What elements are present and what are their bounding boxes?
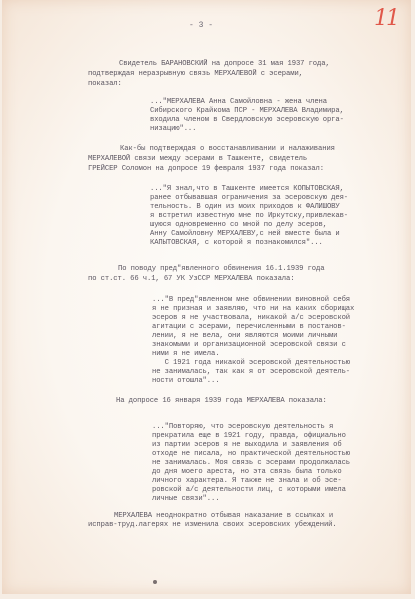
quote-line: КАПЫТОВСКАЯ, с которой я познакомился"..… [150,239,323,248]
text-line: ГРЕЙСЕР Соломон на допросе 19 февраля 19… [88,165,324,174]
quote-line: агитации с эсерами, перечисленными в пос… [152,323,346,332]
quote-line: Сибирского Крайкома ПСР - МЕРХАЛЕВА Влад… [150,107,344,116]
text-line: МЕРХАЛЕВОЙ связи между эсерами в Ташкент… [88,155,307,164]
quote-line: прекратила еще в 1921 году, правда, офиц… [152,432,346,441]
quote-line: низацию"... [150,125,196,134]
quote-line: лении, я не вела, они являются моими лич… [152,332,337,341]
text-line: Как-бы подтверждая о восстанавливании и … [120,145,335,154]
text-line: показал: [88,80,122,89]
quote-line: Анну Самойловну МЕРХАЛЕВУ,с ней вместе б… [150,230,340,239]
quote-line: ..."Повторяю, что эсеровскую деятельност… [152,423,333,432]
quote-line: до дня моего ареста, но эта связь была т… [152,468,342,477]
quote-line: входила членом в Свердловскую эсеровскую… [150,116,344,125]
text-line: МЕРХАЛЕВА неоднократно отбывая наказание… [114,512,333,521]
quote-line: ровской а/с деятельности лиц, с которыми… [152,486,346,495]
quote-line: отходе не писала, но практической деятел… [152,450,350,459]
quote-line: не занималась. Моя связь с эсерами продо… [152,459,350,468]
ink-spot [153,580,157,584]
quote-line: ности отошла"... [152,377,219,386]
quote-line: шуюся одновременно со мной по делу эсеро… [150,221,327,230]
quote-line: С 1921 года никакой эсеровской деятельно… [152,359,350,368]
quote-line: ними я не имела. [152,350,219,359]
text-line: На допросе 16 января 1939 года МЕРХАЛЕВА… [116,397,327,406]
quote-line: из партии эсеров я не выходила и заявлен… [152,441,342,450]
quote-line: тельность. В один из моих приходов к ФАЛ… [150,203,340,212]
quote-line: я встретил известную мне по Иркутску,при… [150,212,348,221]
quote-line: эсеров я не участвовала, никакой а/с эсе… [152,314,350,323]
text-line: По поводу пред"явленного обвинения 16.1.… [118,265,324,274]
handwritten-page-mark: 11 [374,14,398,23]
quote-line: ..."МЕРХАЛЕВА Анна Самойловна - жена чле… [150,98,327,107]
text-line: по ст.ст. 66 ч.1, 67 УК УзССР МЕРХАЛЕВА … [88,275,294,284]
quote-line: ..."Я знал,что в Ташкенте имеется КОПЫТО… [150,185,344,194]
text-line: Свидетель БАРАНОВСКИЙ на допросе 31 мая … [119,60,330,69]
text-line: исправ-труд.лагерях не изменила своих эс… [88,521,337,530]
document-page: - 3 - 11 Свидетель БАРАНОВСКИЙ на допрос… [2,0,411,594]
quote-line: ранее отбывавшая ограничения за эсеровск… [150,194,348,203]
quote-line: ..."В пред"явленном мне обвинении виновн… [152,296,350,305]
quote-line: я не призная и заявляю, что ни на каких … [152,305,354,314]
quote-line: знакомыми и организационной эсеровской с… [152,341,346,350]
text-line: подтверждая неразрывную связь МЕРХАЛЕВОЙ… [88,70,303,79]
page-number: - 3 - [189,21,213,30]
quote-line: личного характера. Я также не знала и об… [152,477,342,486]
quote-line: не занималась, так как я от эсеровской д… [152,368,350,377]
quote-line: личные связи"... [152,495,219,504]
